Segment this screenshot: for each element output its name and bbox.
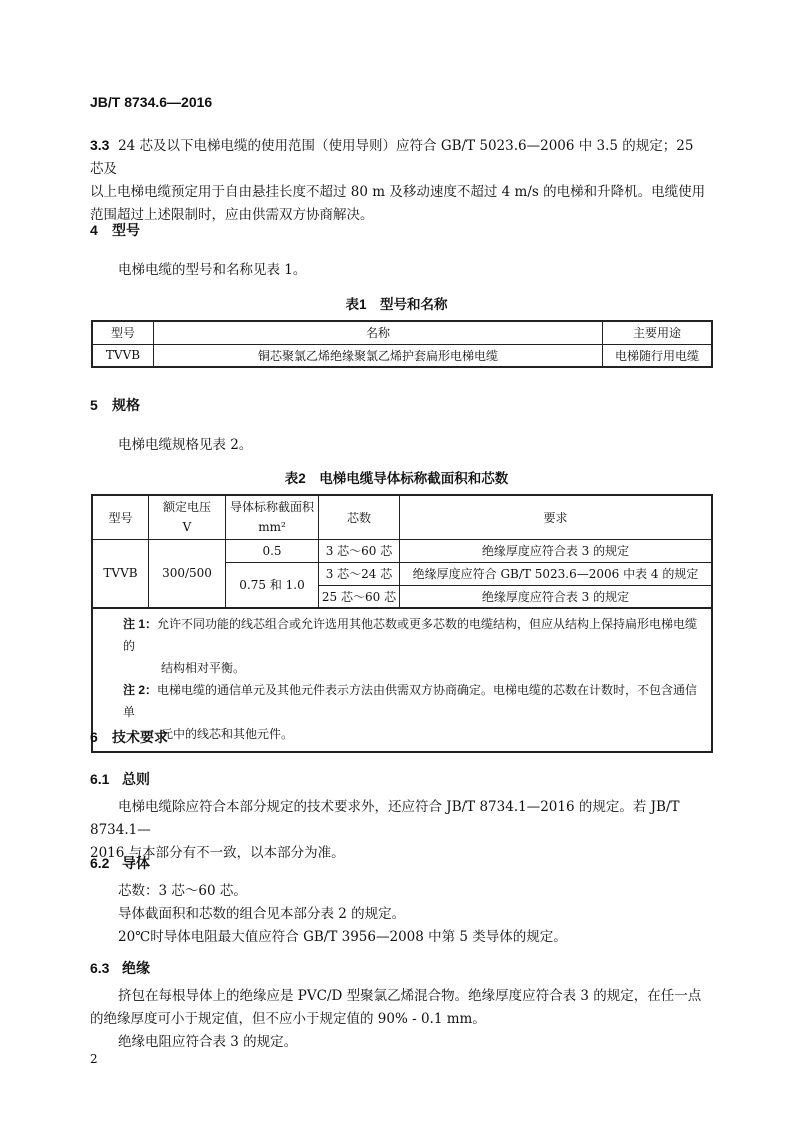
section-title: 规格 — [112, 397, 140, 413]
section-6-3-heading: 6.3绝缘 — [90, 958, 150, 978]
header-label: 导体标称截面积 — [226, 497, 318, 517]
section-5-heading: 5规格 — [90, 395, 140, 415]
section-number: 6.2 — [90, 855, 122, 871]
section-6-1-text: 电梯电缆除应符合本部分规定的技术要求外，还应符合 JB/T 8734.1—201… — [90, 796, 715, 865]
table-header-cell: 额定电压 V — [149, 495, 226, 539]
note-1: 注 1：允许不同功能的线芯组合或允许选用其他芯数或更多芯数的电缆结构，但应从结构… — [123, 613, 703, 657]
table-notes-row: 注 1：允许不同功能的线芯组合或允许选用其他芯数或更多芯数的电缆结构，但应从结构… — [92, 608, 712, 752]
table-header-cell: 芯数 — [319, 495, 400, 539]
section-title: 技术要求 — [112, 729, 168, 745]
section-6-1-heading: 6.1总则 — [90, 769, 150, 789]
section-title: 型号 — [112, 222, 140, 238]
paragraph-line: 范围超过上述限制时，应由供需双方协商解决。 — [90, 204, 710, 227]
table1: 型号 名称 主要用途 TVVB 铜芯聚氯乙烯绝缘聚氯乙烯护套扁形电梯电缆 电梯随… — [91, 320, 713, 368]
note-2: 注 2：电梯电缆的通信单元及其他元件表示方法由供需双方协商确定。电梯电缆的芯数在… — [123, 679, 703, 723]
table-header-cell: 导体标称截面积 mm² — [226, 495, 319, 539]
table-cell: 0.5 — [226, 539, 319, 562]
table-cell: 0.75 和 1.0 — [226, 562, 319, 608]
section-4-text: 电梯电缆的型号和名称见表 1。 — [118, 259, 306, 282]
paragraph-line: 的绝缘厚度可小于规定值，但不应小于规定值的 90% - 0.1 mm。 — [90, 1008, 715, 1031]
section-number: 6.1 — [90, 771, 122, 787]
table-header-cell: 主要用途 — [603, 321, 713, 344]
header-label: 额定电压 — [149, 497, 225, 517]
paragraph-line: 绝缘电阻应符合表 3 的规定。 — [90, 1031, 715, 1054]
note-label: 注 1： — [123, 617, 157, 631]
paragraph-line: 芯数：3 芯～60 芯。 — [118, 880, 567, 903]
section-title: 导体 — [122, 855, 150, 871]
table-cell: 绝缘厚度应符合 GB/T 5023.6—2006 中表 4 的规定 — [400, 562, 713, 585]
section-3-3: 3.3 24 芯及以下电梯电缆的使用范围（使用导则）应符合 GB/T 5023.… — [90, 134, 710, 227]
table-header-cell: 要求 — [400, 495, 713, 539]
note-text: 电梯电缆的通信单元及其他元件表示方法由供需双方协商确定。电梯电缆的芯数在计数时，… — [123, 683, 697, 719]
section-number: 6 — [90, 729, 112, 745]
table-notes: 注 1：允许不同功能的线芯组合或允许选用其他芯数或更多芯数的电缆结构，但应从结构… — [92, 608, 712, 752]
paragraph-line: 24 芯及以下电梯电缆的使用范围（使用导则）应符合 GB/T 5023.6—20… — [90, 138, 694, 177]
table1-caption: 表1 型号和名称 — [0, 293, 793, 313]
table-cell: 25 芯～60 芯 — [319, 585, 400, 608]
table-header-cell: 型号 — [92, 321, 154, 344]
section-number: 6.3 — [90, 960, 122, 976]
page-number: 2 — [90, 1052, 98, 1066]
table2-caption: 表2 电梯电缆导体标称截面积和芯数 — [0, 467, 793, 487]
table-cell: 300/500 — [149, 539, 226, 608]
section-number: 3.3 — [90, 137, 109, 153]
paragraph-line: 电梯电缆除应符合本部分规定的技术要求外，还应符合 JB/T 8734.1—201… — [90, 796, 715, 842]
paragraph-line: 20℃时导体电阻最大值应符合 GB/T 3956—2008 中第 5 类导体的规… — [118, 926, 567, 949]
section-6-3-text: 挤包在每根导体上的绝缘应是 PVC/D 型聚氯乙烯混合物。绝缘厚度应符合表 3 … — [90, 985, 715, 1054]
note-text: 元中的线芯和其他元件。 — [123, 723, 703, 745]
paragraph-line: 2016 与本部分有不一致，以本部分为准。 — [90, 842, 715, 865]
section-number: 4 — [90, 222, 112, 238]
table-cell: 铜芯聚氯乙烯绝缘聚氯乙烯护套扁形电梯电缆 — [154, 344, 603, 367]
table-header-cell: 型号 — [92, 495, 149, 539]
paragraph-line: 挤包在每根导体上的绝缘应是 PVC/D 型聚氯乙烯混合物。绝缘厚度应符合表 3 … — [90, 985, 715, 1008]
section-6-2-heading: 6.2导体 — [90, 853, 150, 873]
section-title: 绝缘 — [122, 960, 150, 976]
header-unit: mm² — [226, 517, 318, 537]
section-6-2-text: 芯数：3 芯～60 芯。 导体截面积和芯数的组合见本部分表 2 的规定。 20℃… — [118, 880, 567, 949]
table-cell: 绝缘厚度应符合表 3 的规定 — [400, 585, 713, 608]
table-cell: 电梯随行用电缆 — [603, 344, 713, 367]
header-unit: V — [149, 517, 225, 537]
table-cell: 3 芯～24 芯 — [319, 562, 400, 585]
paragraph-line: 导体截面积和芯数的组合见本部分表 2 的规定。 — [118, 903, 567, 926]
table-cell: 绝缘厚度应符合表 3 的规定 — [400, 539, 713, 562]
document-id-header: JB/T 8734.6—2016 — [90, 94, 212, 110]
section-title: 总则 — [122, 771, 150, 787]
table-cell: TVVB — [92, 344, 154, 367]
table-header-cell: 名称 — [154, 321, 603, 344]
table-cell: TVVB — [92, 539, 149, 608]
note-label: 注 2： — [123, 683, 157, 697]
section-5-text: 电梯电缆规格见表 2。 — [118, 434, 252, 457]
note-text: 结构相对平衡。 — [123, 657, 703, 679]
table-row: TVVB 铜芯聚氯乙烯绝缘聚氯乙烯护套扁形电梯电缆 电梯随行用电缆 — [92, 344, 712, 367]
table-cell: 3 芯～60 芯 — [319, 539, 400, 562]
section-6-heading: 6技术要求 — [90, 727, 168, 747]
note-text: 允许不同功能的线芯组合或允许选用其他芯数或更多芯数的电缆结构，但应从结构上保持扁… — [123, 617, 697, 653]
table2: 型号 额定电压 V 导体标称截面积 mm² 芯数 要求 TVVB 300/500… — [91, 494, 713, 753]
section-number: 5 — [90, 397, 112, 413]
table-row: TVVB 300/500 0.5 3 芯～60 芯 绝缘厚度应符合表 3 的规定 — [92, 539, 712, 562]
section-4-heading: 4型号 — [90, 220, 140, 240]
paragraph-line: 以上电梯电缆预定用于自由悬挂长度不超过 80 m 及移动速度不超过 4 m/s … — [90, 181, 710, 204]
